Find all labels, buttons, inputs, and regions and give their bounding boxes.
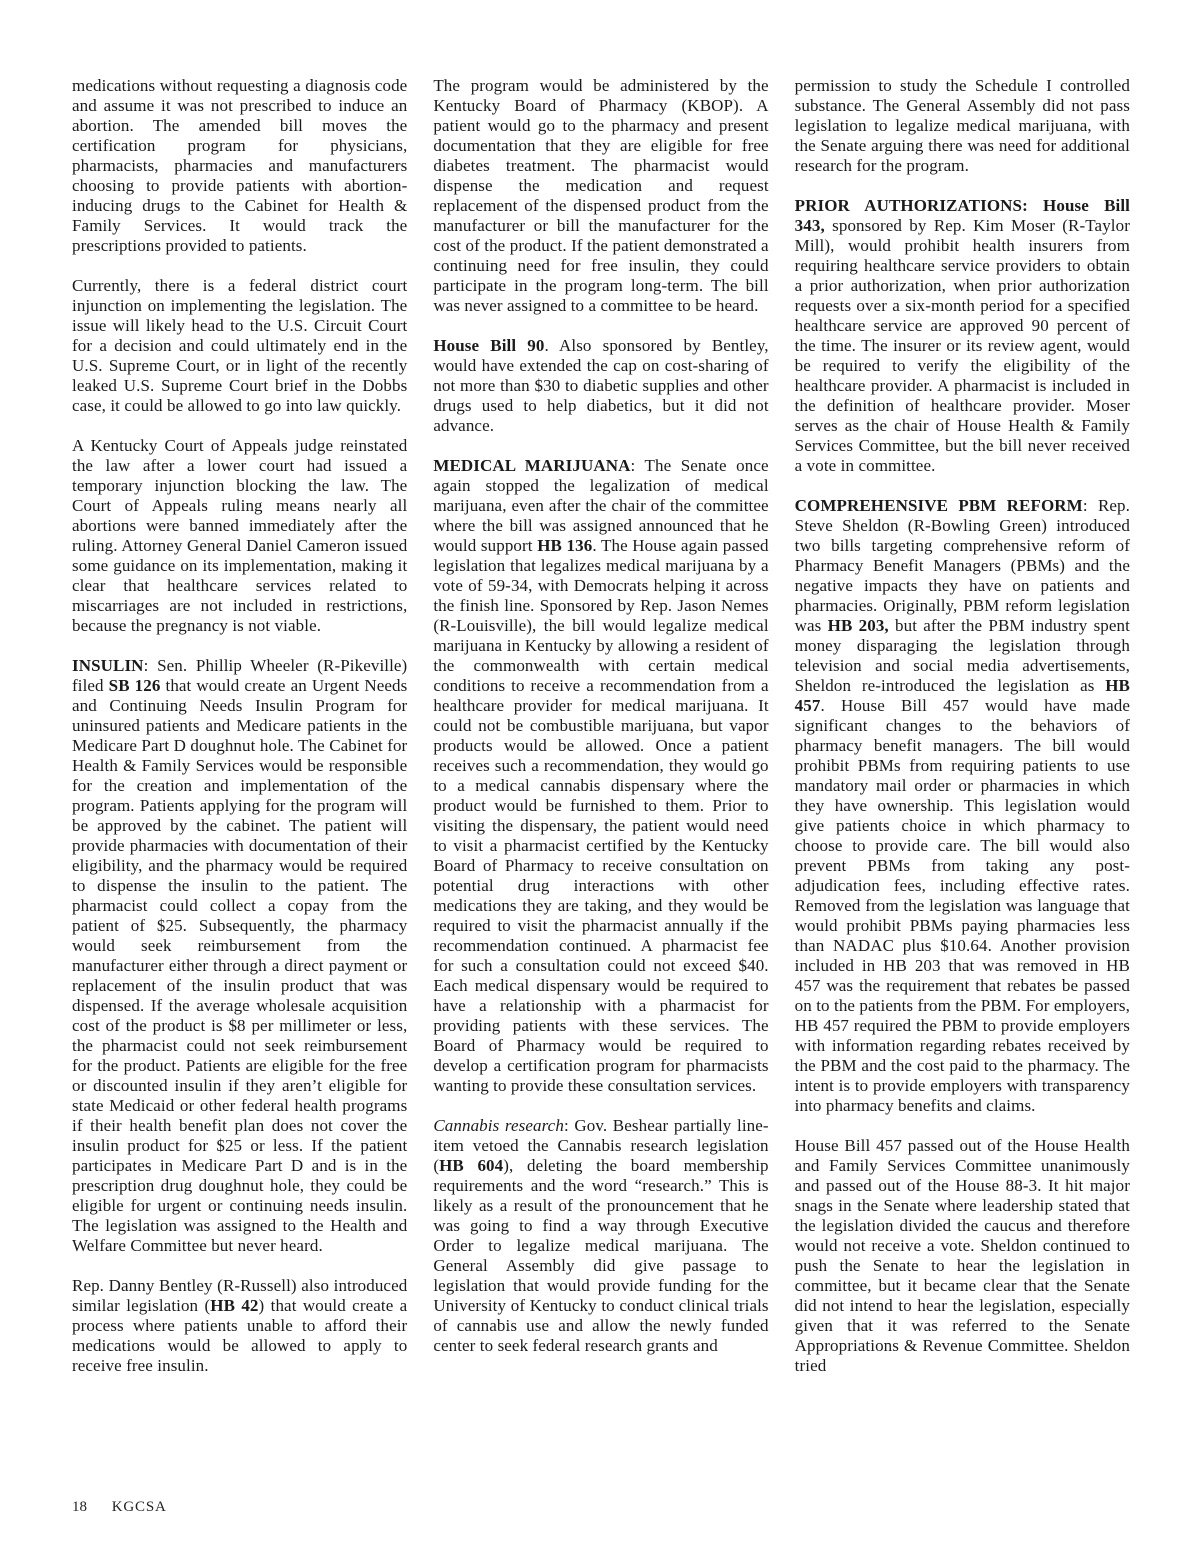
- text-run: : Rep. Steve Sheldon (R-Bowling Green) i…: [795, 496, 1130, 635]
- paragraph: House Bill 457 passed out of the House H…: [795, 1136, 1130, 1376]
- text-run: permission to study the Schedule I contr…: [795, 76, 1130, 175]
- text-run: HB 203,: [828, 616, 889, 635]
- text-run: SB 126: [109, 676, 161, 695]
- text-run: COMPREHENSIVE PBM REFORM: [795, 496, 1083, 515]
- text-run: HB 42: [210, 1296, 258, 1315]
- paragraph: PRIOR AUTHORIZATIONS: House Bill 343, sp…: [795, 196, 1130, 476]
- paragraph: INSULIN: Sen. Phillip Wheeler (R-Pikevil…: [72, 656, 407, 1256]
- text-run: Cannabis research: [433, 1116, 564, 1135]
- text-run: . The House again passed legislation tha…: [433, 536, 768, 1095]
- paragraph: The program would be administered by the…: [433, 76, 768, 316]
- paragraph: permission to study the Schedule I contr…: [795, 76, 1130, 176]
- text-run: HB 604: [439, 1156, 503, 1175]
- paragraph: COMPREHENSIVE PBM REFORM: Rep. Steve She…: [795, 496, 1130, 1116]
- paragraph: A Kentucky Court of Appeals judge reinst…: [72, 436, 407, 636]
- text-run: sponsored by Rep. Kim Moser (R-Taylor Mi…: [795, 216, 1130, 475]
- document-page: medications without requesting a diagnos…: [0, 0, 1200, 1558]
- text-run: The program would be administered by the…: [433, 76, 768, 315]
- text-run: that would create an Urgent Needs and Co…: [72, 676, 407, 1255]
- article-columns: medications without requesting a diagnos…: [72, 76, 1130, 1376]
- paragraph: Rep. Danny Bentley (R-Russell) also intr…: [72, 1276, 407, 1376]
- text-run: MEDICAL MARIJUANA: [433, 456, 630, 475]
- text-column-3: permission to study the Schedule I contr…: [795, 76, 1130, 1376]
- text-run: HB 136: [537, 536, 592, 555]
- text-run: House Bill 457 passed out of the House H…: [795, 1136, 1130, 1375]
- text-run: A Kentucky Court of Appeals judge reinst…: [72, 436, 407, 635]
- paragraph: House Bill 90. Also sponsored by Bentley…: [433, 336, 768, 436]
- paragraph: medications without requesting a diagnos…: [72, 76, 407, 256]
- text-column-1: medications without requesting a diagnos…: [72, 76, 407, 1376]
- text-run: Currently, there is a federal district c…: [72, 276, 407, 415]
- text-run: . House Bill 457 would have made signifi…: [795, 696, 1130, 1115]
- page-number: 18: [72, 1499, 87, 1516]
- text-column-2: The program would be administered by the…: [433, 76, 768, 1376]
- publication-name: KGCSA: [112, 1499, 167, 1516]
- paragraph: Cannabis research: Gov. Beshear partiall…: [433, 1116, 768, 1356]
- text-run: House Bill 90: [433, 336, 544, 355]
- text-run: INSULIN: [72, 656, 144, 675]
- text-run: medications without requesting a diagnos…: [72, 76, 407, 255]
- paragraph: Currently, there is a federal district c…: [72, 276, 407, 416]
- text-run: ), deleting the board membership require…: [433, 1156, 768, 1355]
- page-footer: 18 KGCSA: [72, 1499, 167, 1516]
- paragraph: MEDICAL MARIJUANA: The Senate once again…: [433, 456, 768, 1096]
